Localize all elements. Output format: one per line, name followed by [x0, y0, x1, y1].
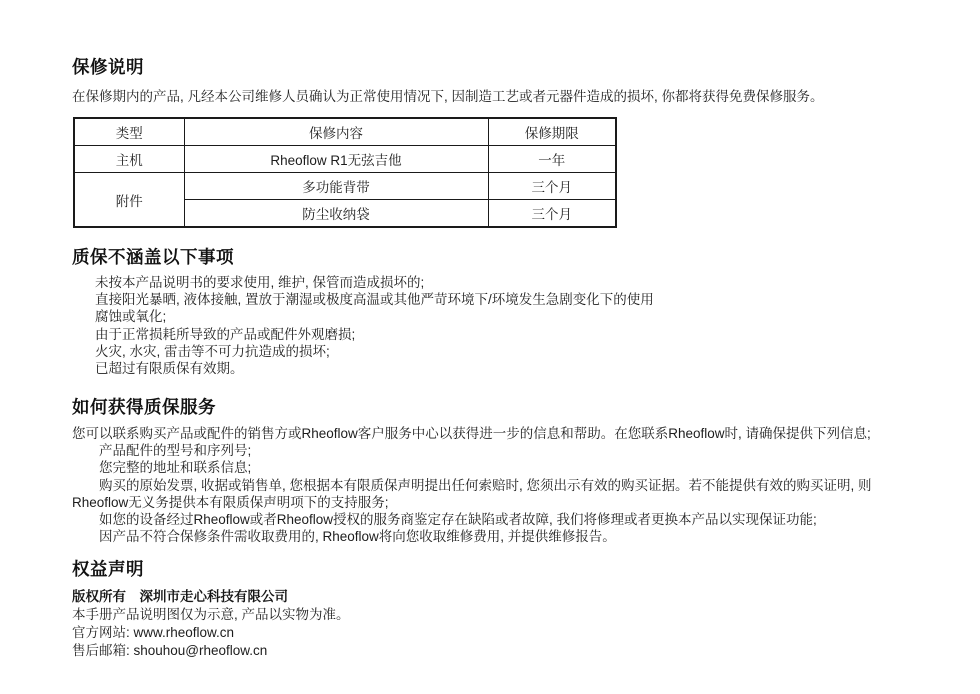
column-header-content: 保修内容 — [184, 118, 488, 146]
exclusion-item: 未按本产品说明书的要求使用, 维护, 保管而造成损坏的; — [95, 274, 912, 291]
rights-title: 权益声明 — [72, 559, 912, 581]
service-paragraph: 如您的设备经过Rheoflow或者Rheoflow授权的服务商鉴定存在缺陷或者故… — [72, 511, 912, 528]
cell-accessory-1-period: 三个月 — [488, 173, 616, 200]
official-website-line: 官方网站: www.rheoflow.cn — [72, 624, 912, 642]
column-header-type: 类型 — [74, 118, 184, 146]
service-paragraph: 您可以联系购买产品或配件的销售方或Rheoflow客户服务中心以获得进一步的信息… — [72, 425, 912, 442]
service-title: 如何获得质保服务 — [72, 397, 912, 419]
service-paragraphs: 您可以联系购买产品或配件的销售方或Rheoflow客户服务中心以获得进一步的信息… — [72, 425, 912, 545]
section-rights: 权益声明 版权所有 深圳市走心科技有限公司 本手册产品说明图仅为示意, 产品以实… — [72, 559, 912, 660]
section-exclusions: 质保不涵盖以下事项 未按本产品说明书的要求使用, 维护, 保管而造成损坏的; 直… — [72, 247, 912, 377]
cell-accessory-type: 附件 — [74, 173, 184, 228]
service-paragraph: 因产品不符合保修条件需收取费用的, Rheoflow将向您收取维修费用, 并提供… — [72, 528, 912, 545]
cell-host-period: 一年 — [488, 146, 616, 173]
cell-accessory-2-content: 防尘收纳袋 — [184, 200, 488, 228]
warranty-manual-page: 保修说明 在保修期内的产品, 凡经本公司维修人员确认为正常使用情况下, 因制造工… — [0, 0, 980, 694]
cell-accessory-2-period: 三个月 — [488, 200, 616, 228]
rights-lines: 版权所有 深圳市走心科技有限公司 本手册产品说明图仅为示意, 产品以实物为准。 … — [72, 588, 912, 660]
disclaimer-line: 本手册产品说明图仅为示意, 产品以实物为准。 — [72, 606, 912, 624]
service-paragraph: 您完整的地址和联系信息; — [72, 459, 912, 476]
exclusion-item: 腐蚀或氧化; — [95, 308, 912, 325]
copyright-line: 版权所有 深圳市走心科技有限公司 — [72, 588, 912, 606]
section-warranty: 保修说明 在保修期内的产品, 凡经本公司维修人员确认为正常使用情况下, 因制造工… — [72, 57, 912, 228]
exclusion-item: 直接阳光暴晒, 液体接触, 置放于潮湿或极度高温或其他严苛环境下/环境发生急剧变… — [95, 291, 912, 308]
service-paragraph: 购买的原始发票, 收据或销售单, 您根据本有限质保声明提出任何索赔时, 您须出示… — [72, 477, 912, 511]
exclusion-item: 由于正常损耗所导致的产品或配件外观磨损; — [95, 326, 912, 343]
cell-host-content: Rheoflow R1无弦吉他 — [184, 146, 488, 173]
exclusion-item: 已超过有限质保有效期。 — [95, 360, 912, 377]
column-header-period: 保修期限 — [488, 118, 616, 146]
support-email-line: 售后邮箱: shouhou@rheoflow.cn — [72, 642, 912, 660]
section-service: 如何获得质保服务 您可以联系购买产品或配件的销售方或Rheoflow客户服务中心… — [72, 397, 912, 545]
warranty-intro: 在保修期内的产品, 凡经本公司维修人员确认为正常使用情况下, 因制造工艺或者元器… — [72, 88, 912, 105]
warranty-table-header-row: 类型 保修内容 保修期限 — [74, 118, 616, 146]
exclusions-list: 未按本产品说明书的要求使用, 维护, 保管而造成损坏的; 直接阳光暴晒, 液体接… — [72, 274, 912, 377]
warranty-title: 保修说明 — [72, 57, 912, 79]
exclusions-title: 质保不涵盖以下事项 — [72, 247, 912, 269]
service-paragraph: 产品配件的型号和序列号; — [72, 442, 912, 459]
cell-accessory-1-content: 多功能背带 — [184, 173, 488, 200]
warranty-table: 类型 保修内容 保修期限 主机 Rheoflow R1无弦吉他 一年 附件 多功… — [73, 117, 617, 228]
table-row-accessory-1: 附件 多功能背带 三个月 — [74, 173, 616, 200]
cell-host-type: 主机 — [74, 146, 184, 173]
exclusion-item: 火灾, 水灾, 雷击等不可力抗造成的损坏; — [95, 343, 912, 360]
table-row-host: 主机 Rheoflow R1无弦吉他 一年 — [74, 146, 616, 173]
